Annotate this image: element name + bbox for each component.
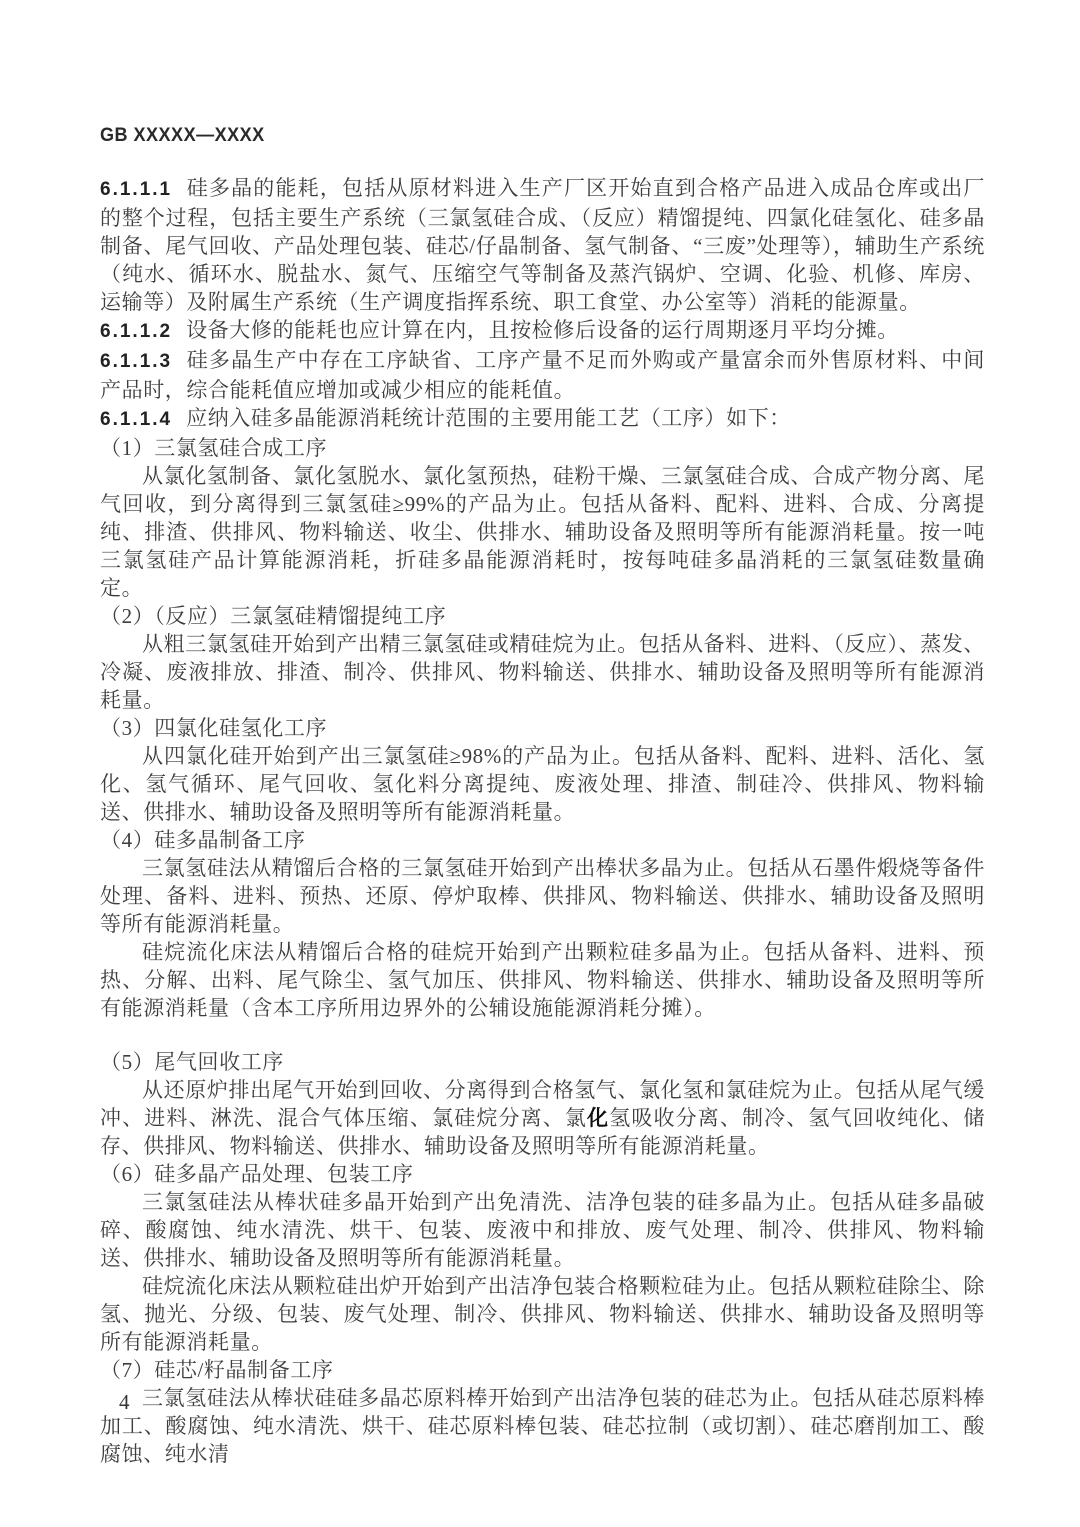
body-paragraph: 从还原炉排出尾气开始到回收、分离得到合格氢气、氯化氢和氯硅烷为止。包括从尾气缓冲…	[100, 1076, 985, 1160]
list-item-heading: （3）四氯化硅氢化工序	[100, 714, 985, 742]
list-item-heading: （6）硅多晶产品处理、包装工序	[100, 1160, 985, 1188]
list-item-heading: （5）尾气回收工序	[100, 1048, 985, 1076]
clause-number: 6.1.1.3	[100, 351, 172, 372]
page-number: 4	[119, 1390, 130, 1415]
list-item-heading: （4）硅多晶制备工序	[100, 826, 985, 854]
body-paragraph: 从粗三氯氢硅开始到产出精三氯氢硅或精硅烷为止。包括从备料、进料、（反应）、蒸发、…	[100, 630, 985, 714]
body-paragraph: 三氯氢硅法从棒状硅多晶开始到产出免清洗、洁净包装的硅多晶为止。包括从硅多晶破碎、…	[100, 1188, 985, 1272]
clause-number: 6.1.1.2	[100, 321, 172, 342]
body-paragraph: 从氯化氢制备、氯化氢脱水、氯化氢预热，硅粉干燥、三氯氢硅合成、合成产物分离、尾气…	[100, 462, 985, 602]
document-page: GB XXXXX—XXXX 6.1.1.1硅多晶的能耗，包括从原材料进入生产厂区…	[0, 0, 1080, 1527]
clause-paragraph: 6.1.1.4应纳入硅多晶能源消耗统计范围的主要用能工艺（工序）如下：	[100, 404, 985, 434]
list-item-heading: （7）硅芯/籽晶制备工序	[100, 1356, 985, 1384]
body-paragraph: 硅烷流化床法从颗粒硅出炉开始到产出洁净包装合格颗粒硅为止。包括从颗粒硅除尘、除氢…	[100, 1272, 985, 1356]
clause-number: 6.1.1.4	[100, 409, 172, 430]
list-item-heading: （2）（反应）三氯氢硅精馏提纯工序	[100, 602, 985, 630]
clause-paragraph: 6.1.1.1硅多晶的能耗，包括从原材料进入生产厂区开始直到合格产品进入成品仓库…	[100, 174, 985, 316]
clause-paragraph: 6.1.1.3硅多晶生产中存在工序缺省、工序产量不足而外购或产量富余而外售原材料…	[100, 346, 985, 404]
clause-paragraph: 6.1.1.2设备大修的能耗也应计算在内，且按检修后设备的运行周期逐月平均分摊。	[100, 316, 985, 346]
document-body: 6.1.1.1硅多晶的能耗，包括从原材料进入生产厂区开始直到合格产品进入成品仓库…	[100, 174, 985, 1468]
standard-code-header: GB XXXXX—XXXX	[100, 125, 265, 147]
paragraph-spacer	[100, 1022, 985, 1048]
body-paragraph: 从四氯化硅开始到产出三氯氢硅≥98%的产品为止。包括从备料、配料、进料、活化、氢…	[100, 742, 985, 826]
body-paragraph: 三氯氢硅法从精馏后合格的三氯氢硅开始到产出棒状多晶为止。包括从石墨件煅烧等备件处…	[100, 854, 985, 938]
emphasized-text: 化	[587, 1106, 609, 1130]
clause-number: 6.1.1.1	[100, 179, 172, 200]
body-paragraph: 三氯氢硅法从棒状硅硅多晶芯原料棒开始到产出洁净包装的硅芯为止。包括从硅芯原料棒加…	[100, 1384, 985, 1468]
body-paragraph: 硅烷流化床法从精馏后合格的硅烷开始到产出颗粒硅多晶为止。包括从备料、进料、预热、…	[100, 938, 985, 1022]
list-item-heading: （1）三氯氢硅合成工序	[100, 434, 985, 462]
